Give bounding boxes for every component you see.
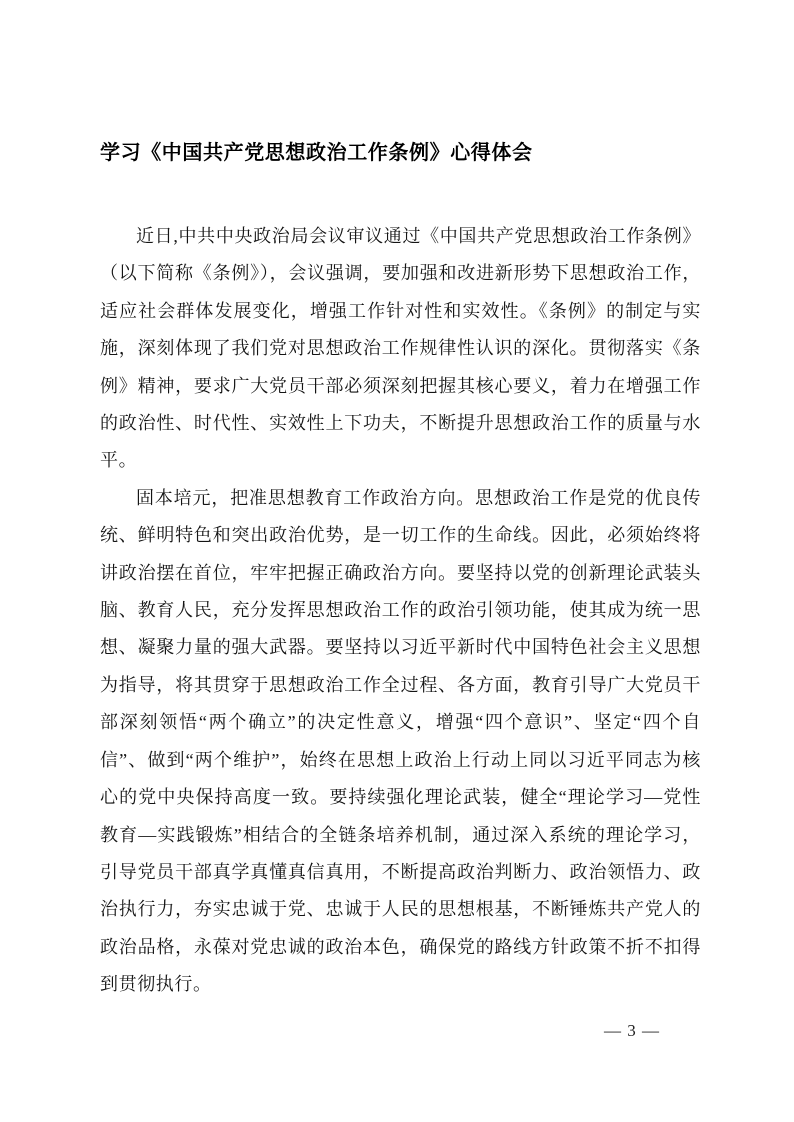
document-body: 学习《中国共产党思想政治工作条例》心得体会 近日,中共中央政治局会议审议通过《中… [100, 143, 701, 1004]
paragraph-intro: 近日,中共中央政治局会议审议通过《中国共产党思想政治工作条例》（以下简称《条例》… [100, 218, 701, 480]
page-number: — 3 — [604, 1021, 660, 1041]
document-page: 学习《中国共产党思想政治工作条例》心得体会 近日,中共中央政治局会议审议通过《中… [0, 0, 794, 1122]
paragraph-body: 固本培元，把准思想教育工作政治方向。思想政治工作是党的优良传统、鲜明特色和突出政… [100, 480, 701, 1004]
page-title: 学习《中国共产党思想政治工作条例》心得体会 [100, 143, 701, 163]
